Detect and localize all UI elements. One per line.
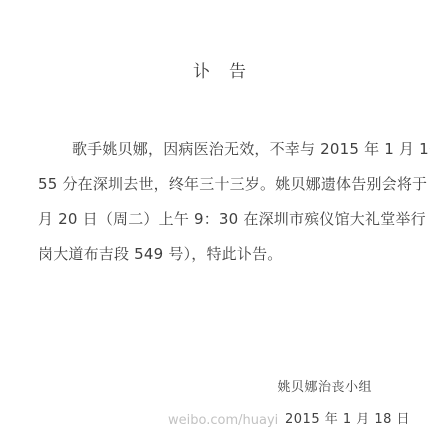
body-paragraph-line-2: 55 分在深圳去世，终年三十三岁。姚贝娜遗体告别会将于 2015 年 1	[38, 174, 430, 194]
obituary-document: 讣 告 歌手姚贝娜，因病医治无效，不幸与 2015 年 1 月 16 日 16 …	[0, 0, 440, 438]
page-title: 讣 告	[0, 61, 440, 83]
date-line: 2015 年 1 月 18 日	[285, 411, 410, 429]
body-paragraph-line-4: 岗大道布吉段 549 号），特此讣告。	[38, 244, 430, 264]
body-paragraph-line-1: 歌手姚贝娜，因病医治无效，不幸与 2015 年 1 月 16 日 16 时	[72, 139, 430, 159]
watermark-text: weibo.com/huayi	[168, 413, 278, 429]
body-paragraph-line-3: 月 20 日（周二）上午 9：30 在深圳市殡仪馆大礼堂举行（地址：龙	[38, 209, 430, 229]
signature-line: 姚贝娜治丧小组	[0, 379, 372, 397]
